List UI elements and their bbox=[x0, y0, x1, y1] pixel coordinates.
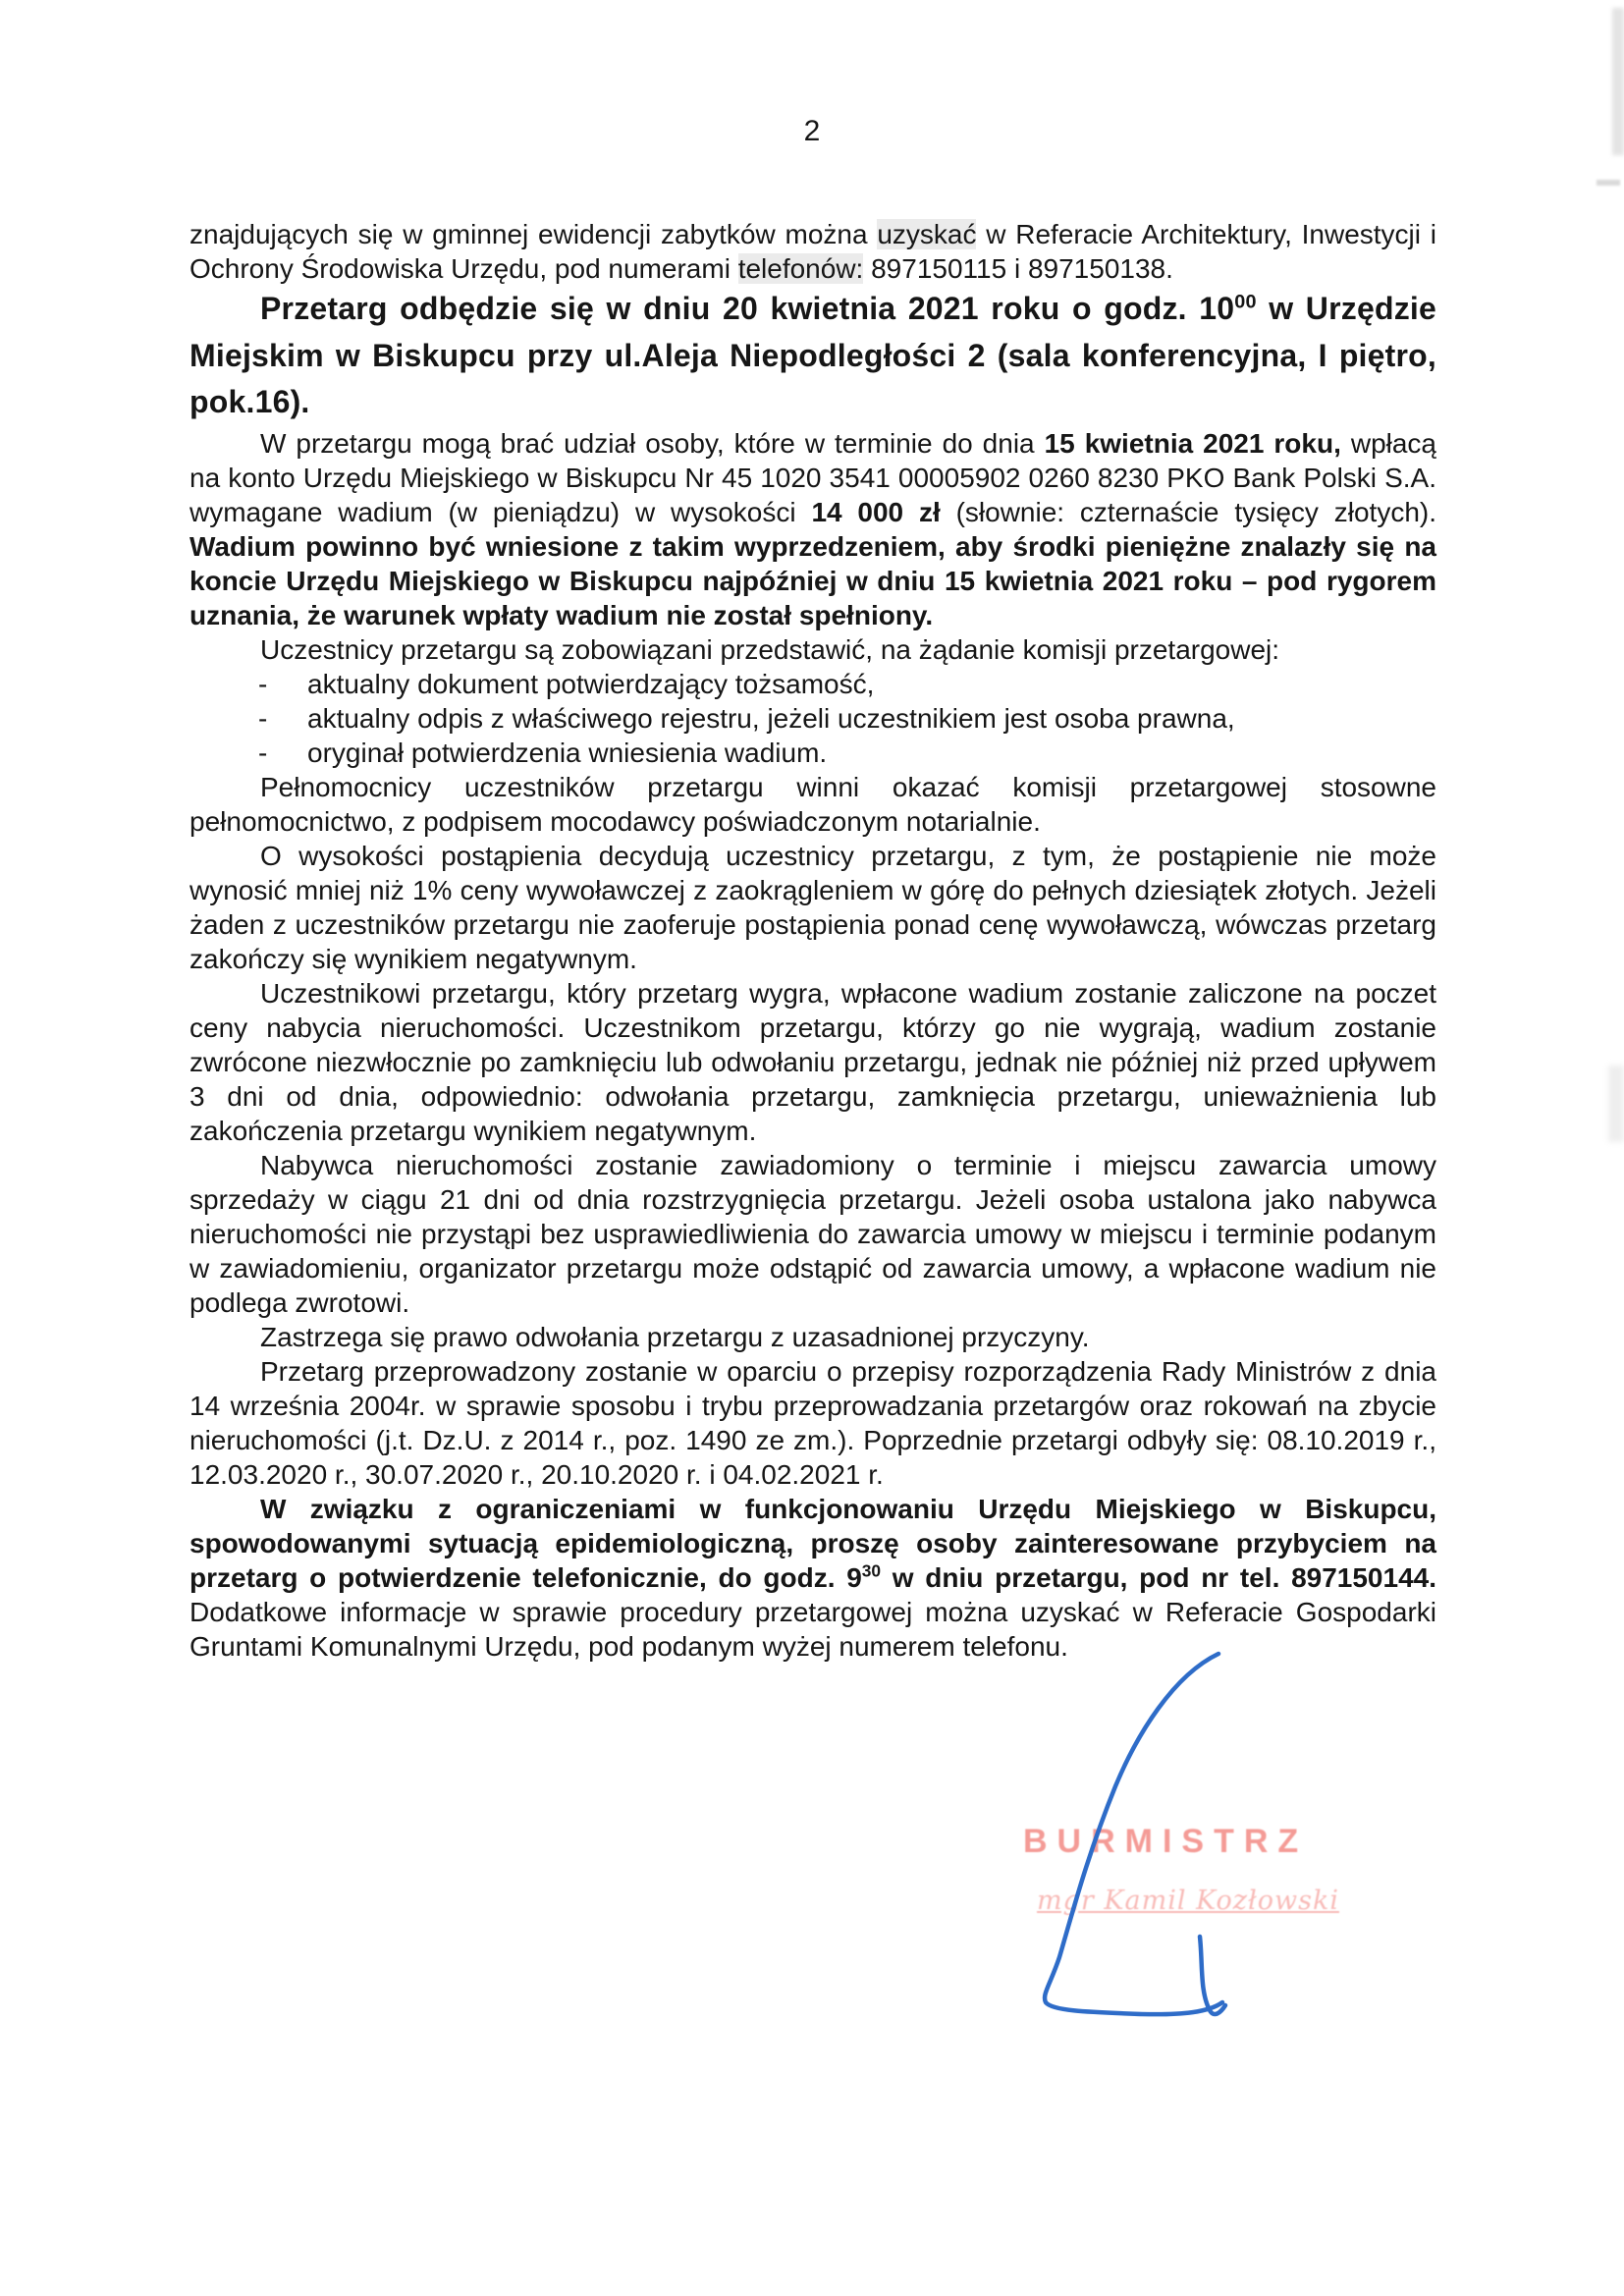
scan-artifact-dash bbox=[1597, 180, 1620, 186]
text-run: telefonów: bbox=[738, 253, 864, 284]
stamp-title: BURMISTRZ bbox=[1023, 1823, 1308, 1861]
text-run: 30 bbox=[862, 1560, 881, 1580]
text-run: 15 kwietnia 2021 roku, bbox=[1045, 428, 1341, 459]
p-uczestnicy: Uczestnicy przetargu są zobowiązani prze… bbox=[189, 632, 1436, 667]
p-nabywca: Nabywca nieruchomości zostanie zawiadomi… bbox=[189, 1148, 1436, 1320]
text-run: Dodatkowe informacje w sprawie procedury… bbox=[189, 1597, 1436, 1662]
page-number: 2 bbox=[0, 114, 1624, 149]
text-run: uzyskać bbox=[877, 219, 976, 249]
text-run: Przetarg odbędzie się w dniu 20 kwietnia… bbox=[260, 291, 1234, 326]
p-odwolanie: Zastrzega się prawo odwołania przetargu … bbox=[189, 1320, 1436, 1354]
list-item-odpis: -aktualny odpis z właściwego rejestru, j… bbox=[189, 701, 1436, 736]
list-item-text: oryginał potwierdzenia wniesienia wadium… bbox=[307, 738, 827, 768]
stamp-name: mgr Kamil Kozłowski bbox=[1037, 1886, 1339, 1916]
text-run: Zastrzega się prawo odwołania przetargu … bbox=[260, 1322, 1090, 1352]
list-dash: - bbox=[258, 736, 267, 770]
p-epidemia: W związku z ograniczeniami w funkcjonowa… bbox=[189, 1492, 1436, 1664]
list-item-oryginal: -oryginał potwierdzenia wniesienia wadiu… bbox=[189, 736, 1436, 770]
text-run: Uczestnicy przetargu są zobowiązani prze… bbox=[260, 634, 1279, 665]
text-run: znajdujących się w gminnej ewidencji zab… bbox=[189, 219, 877, 249]
document-page: 2 znajdujących się w gminnej ewidencji z… bbox=[0, 0, 1624, 2296]
pen-signature-arrow-stroke bbox=[1200, 1937, 1225, 2014]
text-run: 897150115 i 897150138. bbox=[863, 253, 1173, 284]
text-run: Uczestnikowi przetargu, który przetarg w… bbox=[189, 978, 1436, 1146]
text-run: Przetarg przeprowadzony zostanie w oparc… bbox=[189, 1356, 1436, 1490]
document-body: znajdujących się w gminnej ewidencji zab… bbox=[189, 217, 1436, 1664]
p-pelnomocnicy: Pełnomocnicy uczestników przetargu winni… bbox=[189, 770, 1436, 839]
text-run: w dniu przetargu, pod nr tel. 897150144. bbox=[881, 1562, 1436, 1593]
p-wygrana: Uczestnikowi przetargu, który przetarg w… bbox=[189, 976, 1436, 1148]
text-run: oryginał potwierdzenia wniesienia wadium… bbox=[307, 738, 827, 768]
text-run: 14 000 zł bbox=[811, 497, 940, 527]
p-intro: znajdujących się w gminnej ewidencji zab… bbox=[189, 217, 1436, 286]
text-run: (słownie: czternaście tysięcy złotych). bbox=[941, 497, 1436, 527]
p-przepisy: Przetarg przeprowadzony zostanie w oparc… bbox=[189, 1354, 1436, 1492]
list-item-dokument: -aktualny dokument potwierdzający tożsam… bbox=[189, 667, 1436, 701]
text-run: Pełnomocnicy uczestników przetargu winni… bbox=[189, 772, 1436, 837]
text-run: 00 bbox=[1234, 291, 1256, 312]
p-postapienie: O wysokości postąpienia decydują uczestn… bbox=[189, 839, 1436, 976]
scan-artifact-mid-right bbox=[1608, 1066, 1624, 1142]
list-dash: - bbox=[258, 701, 267, 736]
text-run: W przetargu mogą brać udział osoby, któr… bbox=[260, 428, 1045, 459]
text-run: O wysokości postąpienia decydują uczestn… bbox=[189, 841, 1436, 974]
list-item-text: aktualny dokument potwierdzający tożsamo… bbox=[307, 669, 874, 699]
scan-artifact-top-right bbox=[1612, 8, 1624, 155]
p-wadium: W przetargu mogą brać udział osoby, któr… bbox=[189, 426, 1436, 632]
p-heading-termin: Przetarg odbędzie się w dniu 20 kwietnia… bbox=[189, 286, 1436, 426]
text-run: Wadium powinno być wniesione z takim wyp… bbox=[189, 531, 1436, 630]
text-run: aktualny odpis z właściwego rejestru, je… bbox=[307, 703, 1235, 734]
text-run: aktualny dokument potwierdzający tożsamo… bbox=[307, 669, 874, 699]
list-dash: - bbox=[258, 667, 267, 701]
text-run: Nabywca nieruchomości zostanie zawiadomi… bbox=[189, 1150, 1436, 1318]
list-item-text: aktualny odpis z właściwego rejestru, je… bbox=[307, 703, 1235, 734]
